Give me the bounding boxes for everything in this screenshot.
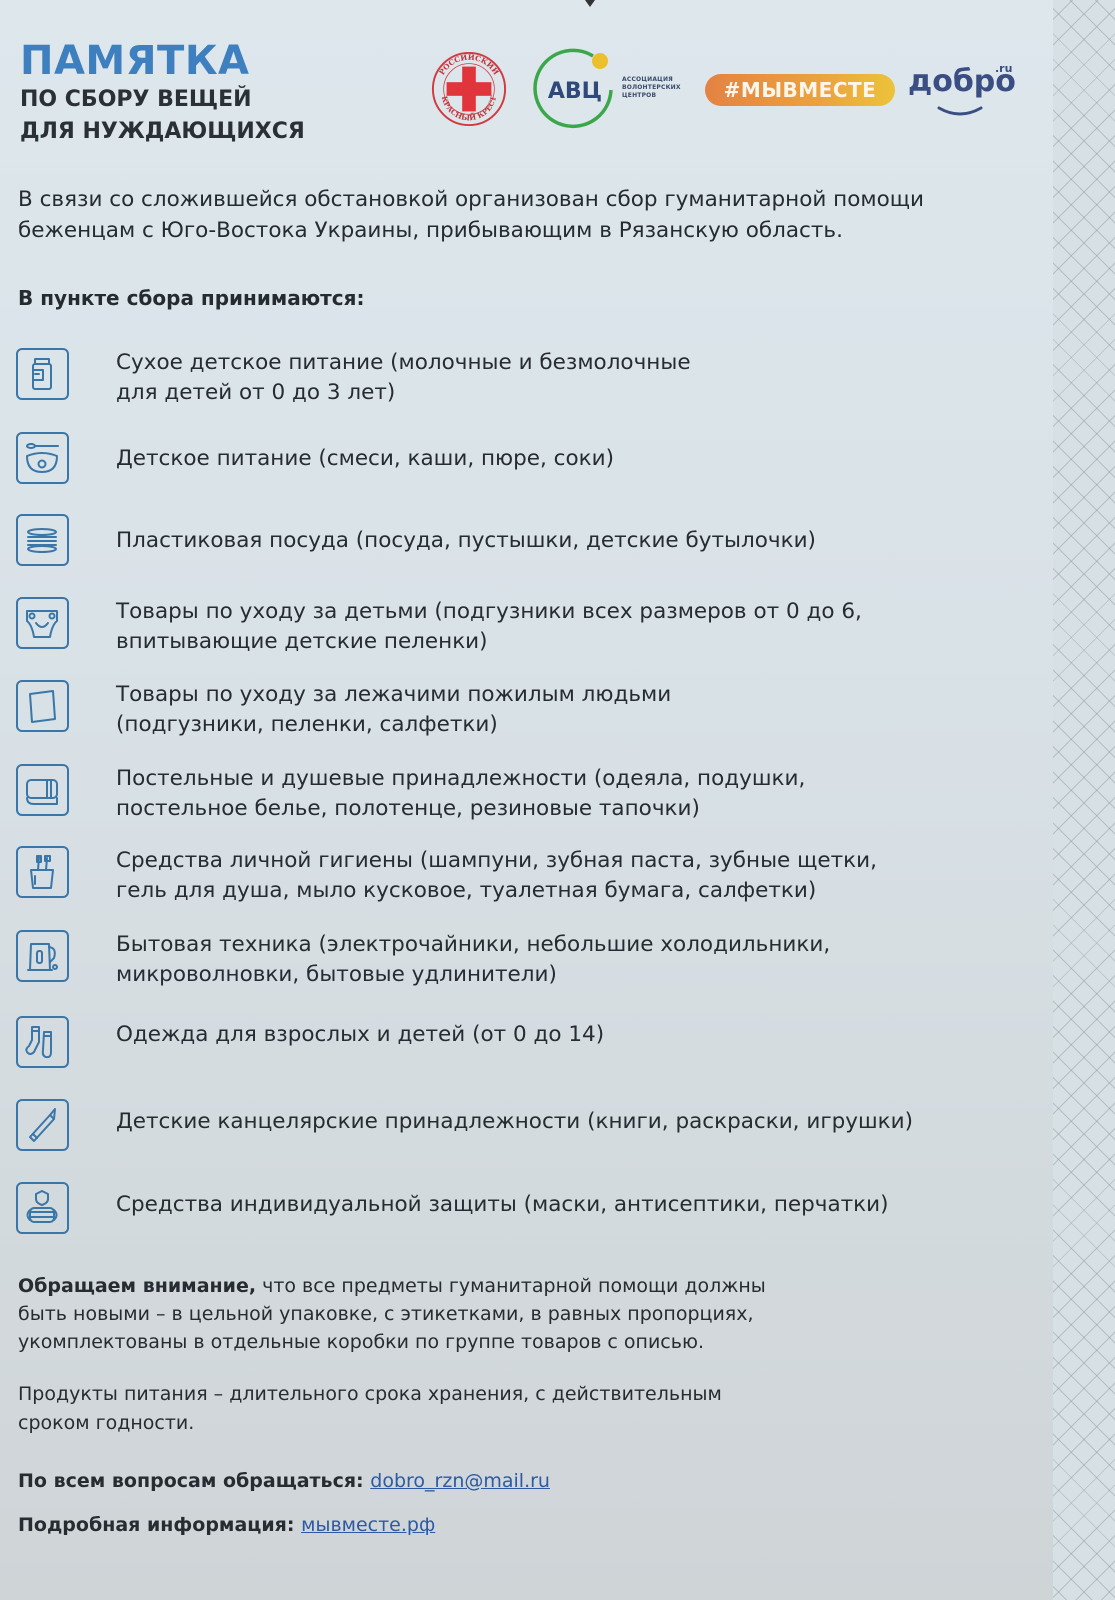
avc-caption: АССОЦИАЦИЯ ВОЛОНТЕРСКИХ ЦЕНТРОВ bbox=[622, 76, 681, 100]
list-item-text: Бытовая техника (электрочайники, небольш… bbox=[116, 930, 830, 990]
dobro-logo-suffix: .ru bbox=[995, 62, 1012, 75]
list-item-text: Сухое детское питание (молочные и безмол… bbox=[116, 348, 691, 408]
baby-food-jar-icon bbox=[16, 348, 69, 400]
list-item-text: Средства индивидуальной защиты (маски, а… bbox=[116, 1190, 889, 1220]
socks-icon bbox=[16, 1016, 69, 1068]
pencil-icon bbox=[16, 1099, 69, 1151]
list-item-text: Детские канцелярские принадлежности (кни… bbox=[116, 1107, 913, 1137]
partner-logos: РОССИЙСКИЙ КРАСНЫЙ КРЕСТ АВЦ АССОЦИАЦИЯ … bbox=[430, 46, 1020, 136]
bowl-spoon-icon bbox=[16, 432, 69, 484]
page-title: ПАМЯТКА bbox=[20, 38, 305, 84]
red-cross-logo-icon: РОССИЙСКИЙ КРАСНЫЙ КРЕСТ bbox=[430, 50, 508, 128]
notice-paragraph: Обращаем внимание, что все предметы гума… bbox=[18, 1272, 878, 1356]
paper-mark bbox=[585, 0, 595, 7]
decorative-pattern-strip bbox=[1053, 0, 1115, 1600]
hashtag-badge: #МЫВМЕСТЕ bbox=[705, 74, 895, 106]
contact-info: Подробная информация: мывместе.рф bbox=[18, 1514, 435, 1536]
dobro-smile-icon bbox=[935, 106, 985, 118]
contact-questions: По всем вопросам обращаться: dobro_rzn@m… bbox=[18, 1470, 550, 1492]
info-label: Подробная информация: bbox=[18, 1514, 294, 1536]
list-item-text: Пластиковая посуда (посуда, пустышки, де… bbox=[116, 526, 816, 556]
notice-bold: Обращаем внимание, bbox=[18, 1275, 256, 1297]
email-link[interactable]: dobro_rzn@mail.ru bbox=[370, 1470, 550, 1492]
kettle-icon bbox=[16, 930, 69, 982]
list-item-text: Постельные и душевые принадлежности (оде… bbox=[116, 764, 805, 824]
list-item-text: Товары по уходу за детьми (подгузники вс… bbox=[116, 597, 862, 657]
website-link[interactable]: мывместе.рф bbox=[301, 1514, 435, 1536]
list-item-text: Детское питание (смеси, каши, пюре, соки… bbox=[116, 444, 614, 474]
avc-logo-icon: АВЦ bbox=[533, 46, 617, 132]
food-note: Продукты питания – длительного срока хра… bbox=[18, 1380, 878, 1438]
mask-shield-icon bbox=[16, 1182, 69, 1234]
pad-icon bbox=[16, 680, 69, 732]
plates-stack-icon bbox=[16, 514, 69, 566]
subtitle-line-2: ДЛЯ НУЖДАЮЩИХСЯ bbox=[20, 116, 305, 148]
accepted-items-heading: В пункте сбора принимаются: bbox=[18, 286, 364, 310]
diaper-icon bbox=[16, 597, 69, 649]
list-item-text: Средства личной гигиены (шампуни, зубная… bbox=[116, 846, 877, 906]
towels-icon bbox=[16, 764, 69, 816]
toothbrush-cup-icon bbox=[16, 846, 69, 898]
questions-label: По всем вопросам обращаться: bbox=[18, 1470, 364, 1492]
list-item-text: Товары по уходу за лежачими пожилым людь… bbox=[116, 680, 671, 740]
intro-paragraph: В связи со сложившейся обстановкой орган… bbox=[18, 184, 1008, 246]
subtitle-line-1: ПО СБОРУ ВЕЩЕЙ bbox=[20, 84, 305, 116]
avc-label: АВЦ bbox=[548, 79, 602, 104]
title-block: ПАМЯТКА ПО СБОРУ ВЕЩЕЙ ДЛЯ НУЖДАЮЩИХСЯ bbox=[20, 38, 305, 148]
list-item-text: Одежда для взрослых и детей (от 0 до 14) bbox=[116, 1020, 604, 1050]
